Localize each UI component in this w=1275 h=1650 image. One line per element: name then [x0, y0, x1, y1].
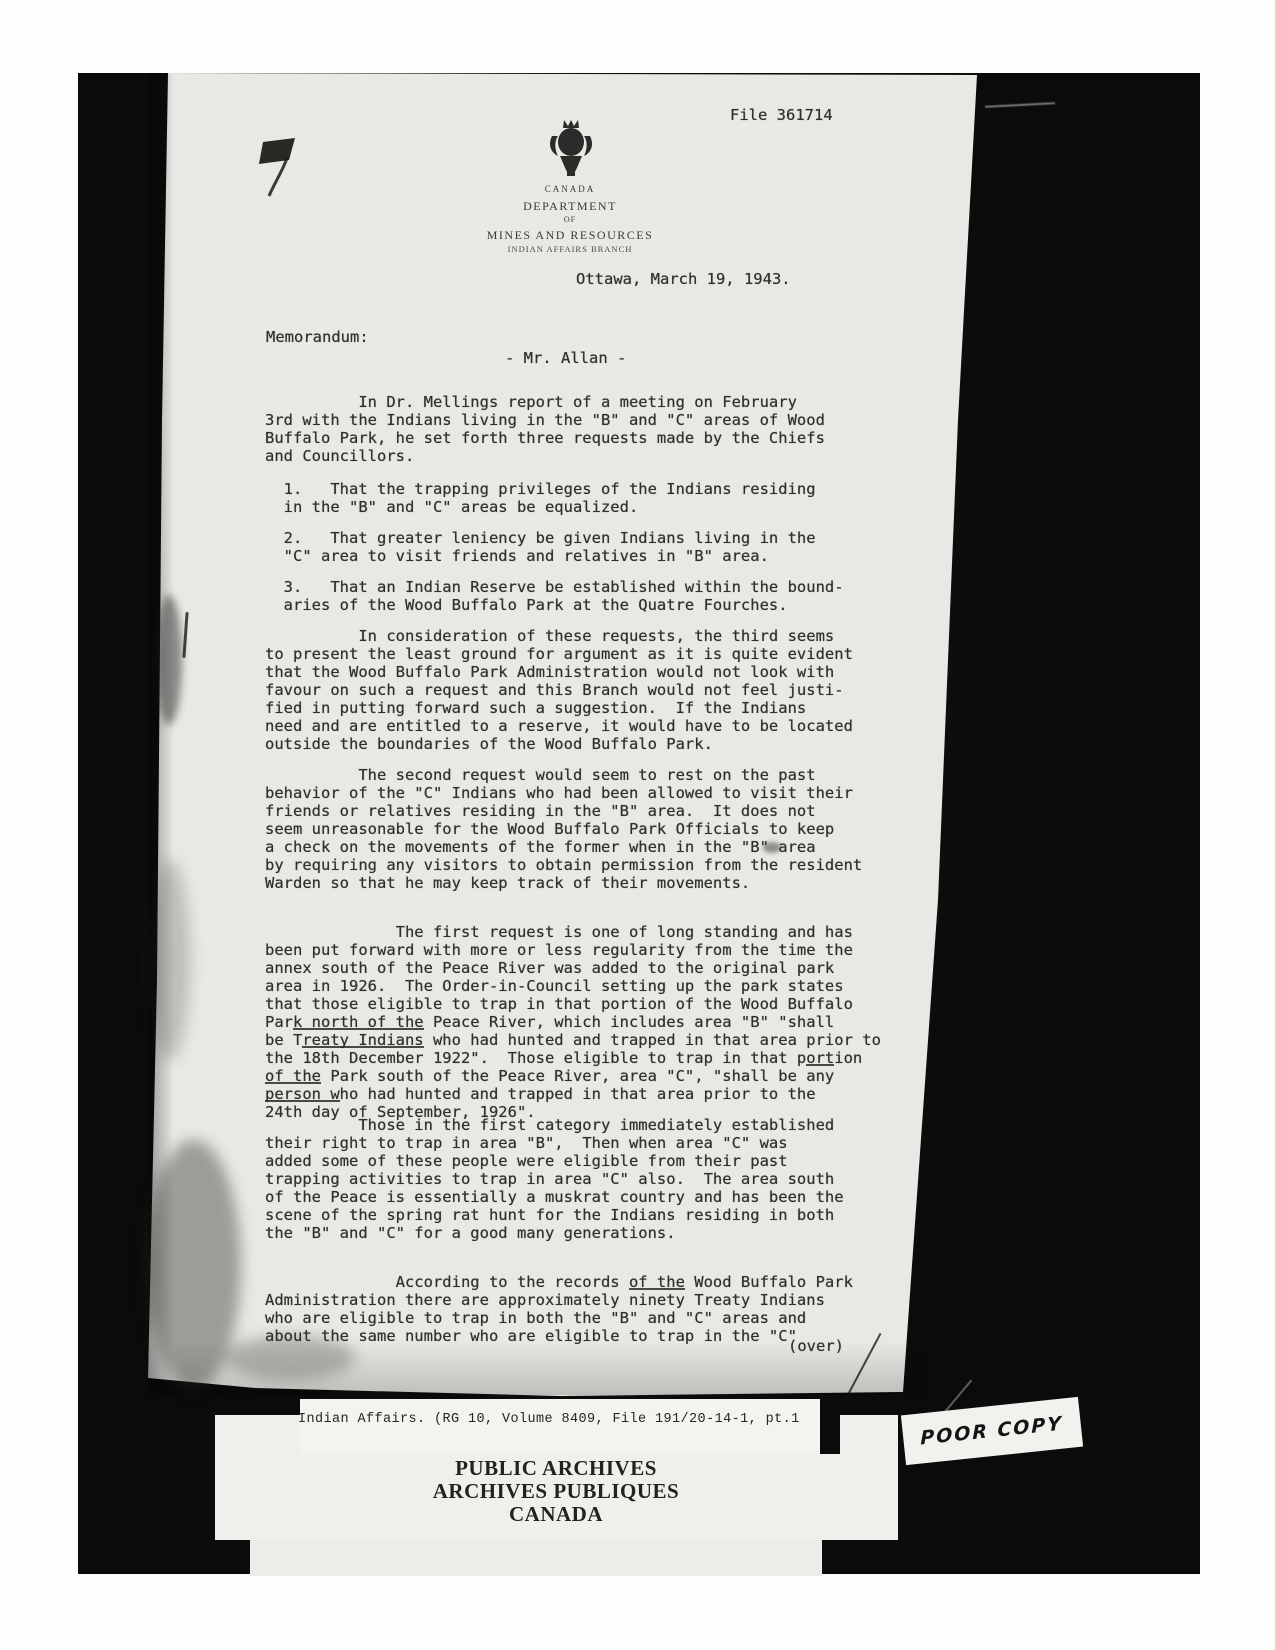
- smudge-stain: [150, 860, 190, 1060]
- strip-black-notch: [820, 1399, 840, 1454]
- letterhead-country: CANADA: [420, 184, 720, 194]
- archives-stamp-line3: CANADA: [306, 1502, 806, 1527]
- smudge-stain: [156, 595, 182, 725]
- underline-treaty-indians: [293, 1028, 424, 1030]
- underline-24th-day: [265, 1100, 340, 1102]
- letterhead-branch: INDIAN AFFAIRS BRANCH: [420, 244, 720, 254]
- request-item-3: 3. That an Indian Reserve be established…: [265, 578, 905, 614]
- dateline: Ottawa, March 19, 1943.: [576, 270, 791, 288]
- poor-copy-label: POOR COPY: [921, 1412, 1063, 1449]
- memorandum-label: Memorandum:: [266, 328, 369, 346]
- letterhead-of: OF: [420, 215, 720, 224]
- paragraph-third-request: In consideration of these requests, the …: [265, 627, 905, 753]
- letterhead-department: DEPARTMENT: [420, 199, 720, 214]
- paragraph-categories: Those in the first category immediately …: [265, 1116, 905, 1242]
- underline-person: [265, 1082, 321, 1084]
- underline-18th-december: [302, 1046, 423, 1048]
- paragraph-records-text: According to the records of the Wood Buf…: [265, 1273, 853, 1345]
- letterhead-ministry: MINES AND RESOURCES: [420, 228, 720, 243]
- paragraph-second-request: The second request would seem to rest on…: [265, 766, 905, 892]
- archive-reference: Indian Affairs. (RG 10, Volume 8409, Fil…: [298, 1412, 800, 1427]
- coat-of-arms: [546, 118, 596, 178]
- archives-stamp-line2: ARCHIVES PUBLIQUES: [306, 1479, 806, 1504]
- over-note: (over): [788, 1337, 844, 1355]
- paragraph-first-request-text: The first request is one of long standin…: [265, 923, 881, 1121]
- request-item-1: 1. That the trapping privileges of the I…: [265, 480, 905, 516]
- addressee-line: - Mr. Allan -: [505, 349, 626, 367]
- archive-card-bottom-strip: [250, 1540, 822, 1576]
- ink-flag-mark: [243, 130, 305, 202]
- file-number: File 361714: [730, 106, 833, 124]
- archives-stamp-line1: PUBLIC ARCHIVES: [306, 1456, 806, 1481]
- request-item-2: 2. That greater leniency be given Indian…: [265, 529, 905, 565]
- paragraph-records: According to the records of the Wood Buf…: [265, 1255, 905, 1381]
- underline-any: [806, 1064, 834, 1066]
- scanned-memorandum-page: File 361714 CANADA DEPARTMENT OF MINES A…: [0, 0, 1275, 1650]
- paragraph-intro: In Dr. Mellings report of a meeting on F…: [265, 393, 905, 465]
- underline-ninety: [629, 1288, 685, 1290]
